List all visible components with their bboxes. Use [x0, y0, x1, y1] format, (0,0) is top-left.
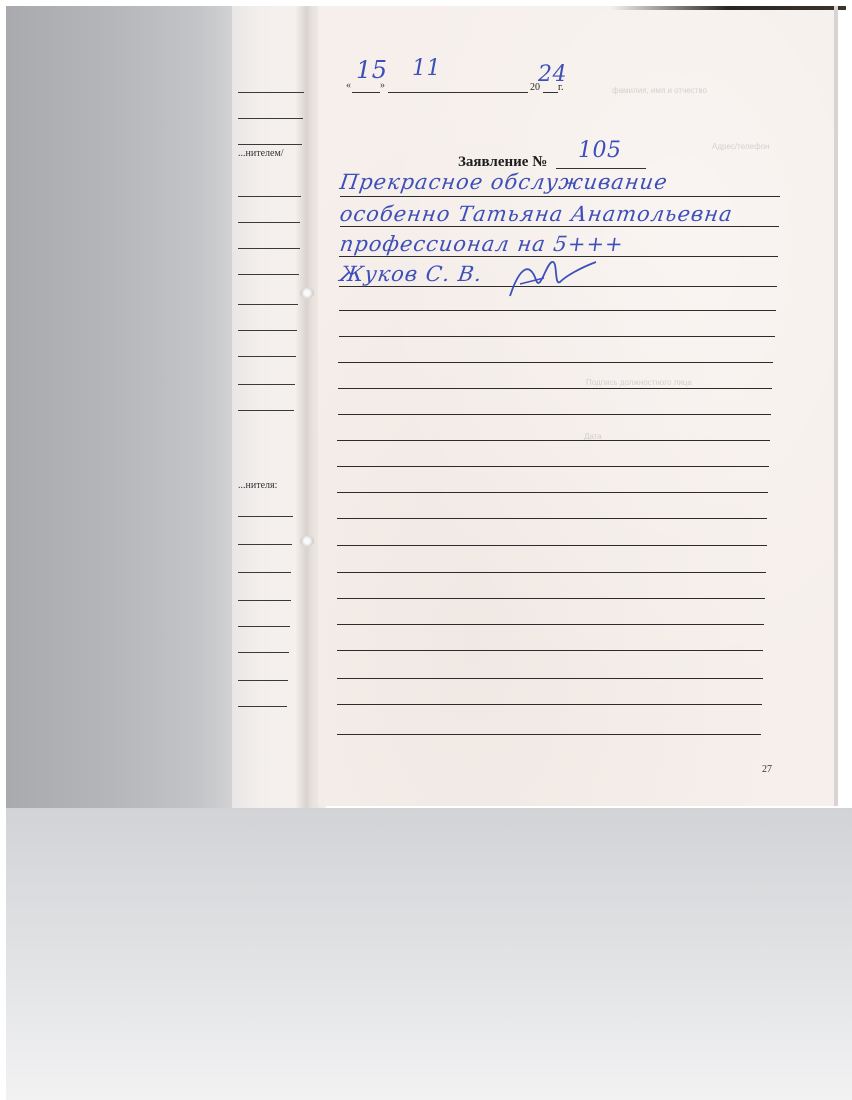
- left-ruled-line: [238, 516, 293, 517]
- left-ruled-line: [238, 680, 288, 681]
- left-ruled-line: [238, 652, 289, 653]
- binding-staple: [300, 536, 314, 546]
- ruled-line: [337, 624, 764, 625]
- left-ruled-line: [238, 384, 295, 385]
- ruled-line: [337, 440, 770, 441]
- left-ruled-line: [238, 330, 297, 331]
- binding-staple: [300, 288, 314, 298]
- left-ruled-line: [238, 626, 290, 627]
- page-edge: [834, 6, 838, 806]
- left-ruled-line: [238, 356, 296, 357]
- bleed-through-text: Подпись должностного лица: [586, 378, 692, 387]
- ruled-line: [337, 518, 767, 519]
- ruled-line: [337, 466, 769, 467]
- left-page-label: ...нителем/: [238, 148, 284, 159]
- ruled-line: [337, 572, 766, 573]
- ruled-line: [337, 678, 763, 679]
- month-underline: [388, 92, 528, 93]
- handwritten-line: Жуков С. В.: [338, 262, 484, 286]
- left-page-label: ...нителя:: [238, 480, 277, 491]
- ruled-line: [337, 492, 768, 493]
- ruled-line: [340, 196, 780, 197]
- page-number: 27: [762, 764, 772, 775]
- open-quote: «: [346, 80, 351, 91]
- ruled-line: [337, 598, 765, 599]
- bleed-through-text: фамилия, имя и отчество: [612, 86, 707, 95]
- left-ruled-line: [238, 706, 287, 707]
- ruled-line: [337, 545, 767, 546]
- signature: [500, 256, 600, 302]
- left-ruled-line: [238, 92, 304, 93]
- bleed-through-text: Адрес/телефон: [712, 142, 769, 151]
- ruled-line: [340, 226, 779, 227]
- left-ruled-line: [238, 222, 300, 223]
- left-ruled-line: [238, 118, 303, 119]
- ruled-line: [339, 336, 775, 337]
- left-page: [232, 6, 304, 808]
- left-ruled-line: [238, 544, 292, 545]
- handwritten-day: 15: [356, 56, 388, 84]
- left-ruled-line: [238, 196, 301, 197]
- title-number-underline: [556, 168, 646, 169]
- left-ruled-line: [238, 274, 299, 275]
- ruled-line: [338, 362, 773, 363]
- handwritten-line: профессионал на 5+++: [338, 232, 625, 256]
- year-underline: [543, 92, 558, 93]
- handwritten-line: особенно Татьяна Анатольевна: [338, 202, 734, 226]
- ruled-line: [337, 704, 762, 705]
- page-edge: [610, 6, 846, 10]
- handwritten-application-number: 105: [578, 138, 622, 163]
- page-title: Заявление №: [458, 154, 547, 171]
- left-ruled-line: [238, 304, 298, 305]
- ruled-line: [338, 414, 772, 415]
- scanner-shadow-bottom: [6, 808, 852, 1100]
- left-ruled-line: [238, 572, 291, 573]
- ruled-line: [337, 650, 763, 651]
- left-ruled-line: [238, 144, 302, 145]
- handwritten-month: 11: [412, 56, 441, 81]
- left-ruled-line: [238, 248, 300, 249]
- ruled-line: [337, 734, 761, 735]
- ruled-line: [339, 310, 776, 311]
- day-underline: [352, 92, 380, 93]
- ruled-line: [338, 388, 772, 389]
- handwritten-year: 24: [538, 62, 567, 87]
- right-page: [318, 6, 836, 806]
- handwritten-line: Прекрасное обслуживание: [338, 170, 669, 194]
- left-ruled-line: [238, 600, 291, 601]
- left-ruled-line: [238, 410, 294, 411]
